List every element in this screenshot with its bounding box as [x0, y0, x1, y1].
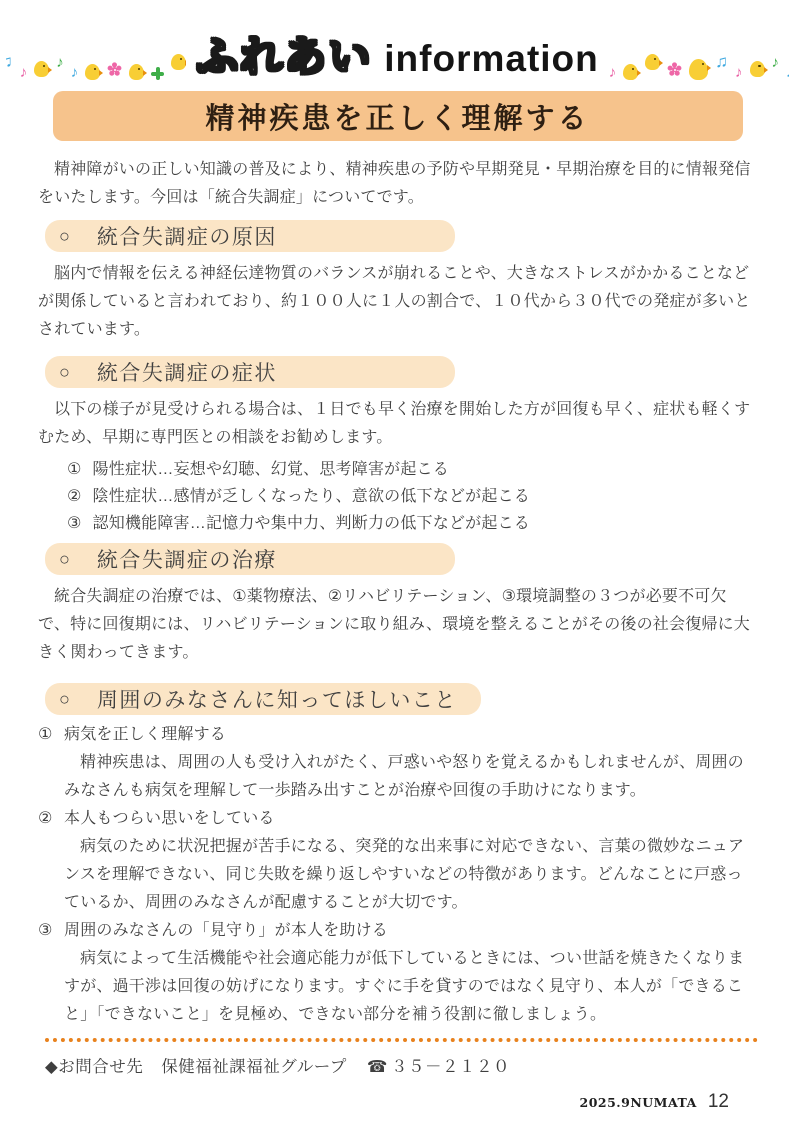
chick-icon	[34, 61, 49, 77]
circle-marker-icon: ○	[59, 362, 70, 383]
article-title: 精神疾患を正しく理解する	[205, 96, 589, 137]
decorative-strip-left: ♪♫♪♪♪	[6, 24, 186, 84]
know-item: ① 病気を正しく理解する 精神疾患は、周囲の人も受け入れがたく、戸惑いや怒りを覚…	[38, 721, 757, 805]
contact-department: 保健福祉課福祉グループ	[161, 1053, 347, 1077]
newsletter-logo: ふれあい information	[186, 24, 609, 84]
section-heading-causes: ○ 統合失調症の原因	[45, 220, 455, 252]
masthead: ♪♫♪♪♪ ふれあい information ♪♫♪♪♪	[0, 26, 795, 84]
chick-icon	[85, 64, 100, 80]
page-number: 12	[708, 1091, 729, 1113]
phone-icon: ☎	[367, 1057, 388, 1077]
contact-line: ◆お問合せ先 保健福祉課福祉グループ ☎ ３５－２１２０	[45, 1053, 757, 1077]
list-item-text: 陽性症状…妄想や幻聴、幻覚、思考障害が起こる	[93, 456, 449, 483]
know-item-body: 病気のために状況把握が苦手になる、突発的な出来事に対応できない、言葉の微妙なニュ…	[64, 833, 757, 917]
list-item-text: 陰性症状…感情が乏しくなったり、意欲の低下などが起こる	[93, 483, 530, 510]
list-item: ② 陰性症状…感情が乏しくなったり、意欲の低下などが起こる	[67, 483, 757, 510]
know-item-title-row: ③ 周囲のみなさんの「見守り」が本人を助ける	[38, 917, 757, 945]
list-number: ①	[67, 456, 82, 483]
chick-icon	[750, 61, 765, 77]
section-heading-treatment: ○ 統合失調症の治療	[45, 543, 455, 575]
article-body: 精神障がいの正しい知識の普及により、精神疾患の予防や早期発見・早期治療を目的に情…	[0, 156, 795, 1113]
page-footer: 2025.9NUMATA 12	[38, 1091, 729, 1113]
music-note-icon: ♪	[786, 65, 789, 80]
section-heading-text: 統合失調症の治療	[97, 544, 277, 574]
know-item-title: 病気を正しく理解する	[64, 721, 226, 749]
know-item: ② 本人もつらい思いをしている 病気のために状況把握が苦手になる、突発的な出来事…	[38, 805, 757, 917]
flower-icon	[667, 62, 682, 77]
section-heading-know: ○ 周囲のみなさんに知ってほしいこと	[45, 683, 481, 715]
chick-icon	[623, 64, 638, 80]
section-heading-symptoms: ○ 統合失調症の症状	[45, 356, 455, 388]
know-item-title-row: ① 病気を正しく理解する	[38, 721, 757, 749]
music-note-icon: ♪	[609, 65, 617, 80]
music-note-icon: ♫	[6, 53, 13, 70]
list-number: ②	[67, 483, 82, 510]
symptoms-list: ① 陽性症状…妄想や幻聴、幻覚、思考障害が起こる ② 陰性症状…感情が乏しくなっ…	[38, 456, 757, 537]
newsletter-logo-jp: ふれあい	[196, 24, 372, 84]
music-note-icon: ♪	[56, 55, 64, 70]
circle-marker-icon: ○	[59, 689, 70, 710]
decorative-strip-right: ♪♫♪♪♪	[609, 24, 789, 84]
know-item-body: 病気によって生活機能や社会適応能力が低下しているときには、つい世話を焼きたくなり…	[64, 945, 757, 1029]
causes-paragraph: 脳内で情報を伝える神経伝達物質のバランスが崩れることや、大きなストレスがかかるこ…	[38, 260, 757, 344]
symptoms-paragraph: 以下の様子が見受けられる場合は、１日でも早く治療を開始した方が回復も早く、症状も…	[38, 396, 757, 452]
list-number: ②	[38, 805, 64, 833]
section-heading-text: 統合失調症の原因	[97, 221, 277, 251]
newsletter-page: ♪♫♪♪♪ ふれあい information ♪♫♪♪♪ 精神疾患を正しく理解す…	[0, 0, 795, 1121]
list-number: ③	[38, 917, 64, 945]
treatment-paragraph: 統合失調症の治療では、①薬物療法、②リハビリテーション、③環境調整の３つが必要不…	[38, 583, 757, 667]
music-note-icon: ♪	[772, 55, 780, 70]
article-title-banner: 精神疾患を正しく理解する	[53, 91, 743, 141]
know-items: ① 病気を正しく理解する 精神疾患は、周囲の人も受け入れがたく、戸惑いや怒りを覚…	[38, 721, 757, 1029]
list-number: ①	[38, 721, 64, 749]
know-item-body: 精神疾患は、周囲の人も受け入れがたく、戸惑いや怒りを覚えるかもしれませんが、周囲…	[64, 749, 757, 805]
music-note-icon: ♫	[715, 53, 728, 70]
list-number: ③	[67, 510, 82, 537]
know-item-title: 周囲のみなさんの「見守り」が本人を助ける	[64, 917, 388, 945]
section-heading-text: 周囲のみなさんに知ってほしいこと	[97, 684, 457, 714]
chick-icon	[129, 64, 144, 80]
phone-number: ３５－２１２０	[391, 1053, 510, 1077]
know-item-title-row: ② 本人もつらい思いをしている	[38, 805, 757, 833]
circle-marker-icon: ○	[59, 226, 70, 247]
chick-icon	[689, 59, 708, 80]
dotted-divider	[45, 1038, 758, 1042]
clover-icon	[151, 67, 164, 80]
chick-icon	[645, 54, 660, 70]
music-note-icon: ♪	[735, 65, 743, 80]
chick-icon	[171, 54, 186, 70]
know-item-title: 本人もつらい思いをしている	[64, 805, 275, 833]
contact-phone: ☎ ３５－２１２０	[367, 1053, 510, 1077]
music-note-icon: ♪	[20, 65, 28, 80]
contact-label: ◆お問合せ先	[45, 1053, 143, 1077]
list-item: ① 陽性症状…妄想や幻聴、幻覚、思考障害が起こる	[67, 456, 757, 483]
circle-marker-icon: ○	[59, 549, 70, 570]
music-note-icon: ♪	[71, 65, 79, 80]
know-item: ③ 周囲のみなさんの「見守り」が本人を助ける 病気によって生活機能や社会適応能力…	[38, 917, 757, 1029]
issue-label: 2025.9NUMATA	[580, 1095, 697, 1110]
newsletter-logo-en: information	[384, 38, 598, 80]
intro-paragraph: 精神障がいの正しい知識の普及により、精神疾患の予防や早期発見・早期治療を目的に情…	[38, 156, 757, 212]
list-item-text: 認知機能障害…記憶力や集中力、判断力の低下などが起こる	[93, 510, 530, 537]
list-item: ③ 認知機能障害…記憶力や集中力、判断力の低下などが起こる	[67, 510, 757, 537]
section-heading-text: 統合失調症の症状	[97, 357, 277, 387]
flower-icon	[107, 62, 122, 77]
